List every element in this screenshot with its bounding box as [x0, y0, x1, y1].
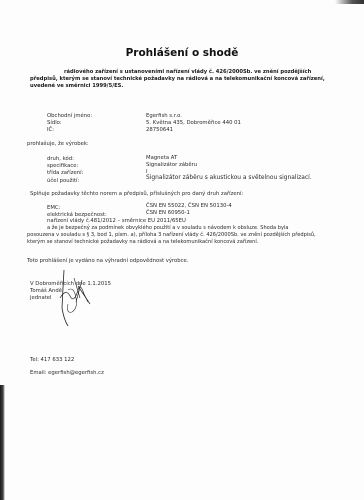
signatory-role: jednatel: [30, 295, 52, 301]
intro-line: rádiového zařízení s ustanoveními naříze…: [64, 69, 311, 76]
regulation-text: nařízení vlády č.481/2012 – směrnice EU …: [47, 218, 186, 224]
scan-shadow-edge: [335, 0, 364, 4]
declares-text: prohlašuje, že výrobek:: [27, 141, 89, 147]
emc-value: ČSN EN 55022, ČSN EN 50130-4: [146, 203, 232, 209]
company-id-label: IČ:: [47, 127, 54, 133]
company-name-label: Obchodní jméno:: [47, 113, 92, 119]
safety-value: ČSN EN 60950-1: [146, 210, 190, 216]
email: Email: egerfish@egerfish.cz: [30, 370, 104, 376]
product-purpose-value: Signalizátor záběru s akustickou a světe…: [146, 175, 312, 181]
intro-line: uvedené ve směrnici 1999/5/ES.: [30, 83, 123, 90]
scan-shadow-edge: [0, 385, 5, 500]
product-class-label: třída zařízení:: [47, 170, 83, 176]
phone: Tel: 417 633 122: [30, 357, 74, 363]
product-purpose-label: účel použití:: [47, 178, 79, 184]
safety-line: posouzena v souladu s § 3, bod 1, písm. …: [27, 232, 316, 238]
company-seat-label: Sídlo:: [47, 120, 62, 126]
product-spec-label: specifikace:: [47, 163, 78, 169]
emc-label: EMC:: [47, 205, 60, 211]
product-spec-value: Signalizátor záběru: [146, 162, 197, 168]
intro-line: předpisů, kterým se stanoví technické po…: [30, 76, 325, 83]
scanned-document-page: Prohlášení o shodě rádiového zařízení s …: [0, 0, 364, 500]
company-seat-value: 5. Května 435, Dobroměřice 440 01: [146, 120, 241, 126]
product-type-label: druh, kód:: [47, 156, 74, 162]
safety-line: kterým se stanoví technické požadavky na…: [27, 239, 258, 245]
company-name-value: Egerfish s.r.o.: [146, 113, 182, 119]
document-title: Prohlášení o shodě: [0, 47, 364, 59]
handwritten-signature-icon: [54, 268, 92, 328]
complies-text: Splňuje požadavky těchto norem a předpis…: [30, 191, 243, 197]
responsibility-text: Toto prohlášení je vydáno na výhradní od…: [27, 258, 189, 264]
safety-line: a že je bezpečný za podmínek obvyklého p…: [47, 225, 289, 231]
product-type-value: Magneta AT: [146, 155, 177, 161]
company-id-value: 28750641: [146, 127, 173, 133]
